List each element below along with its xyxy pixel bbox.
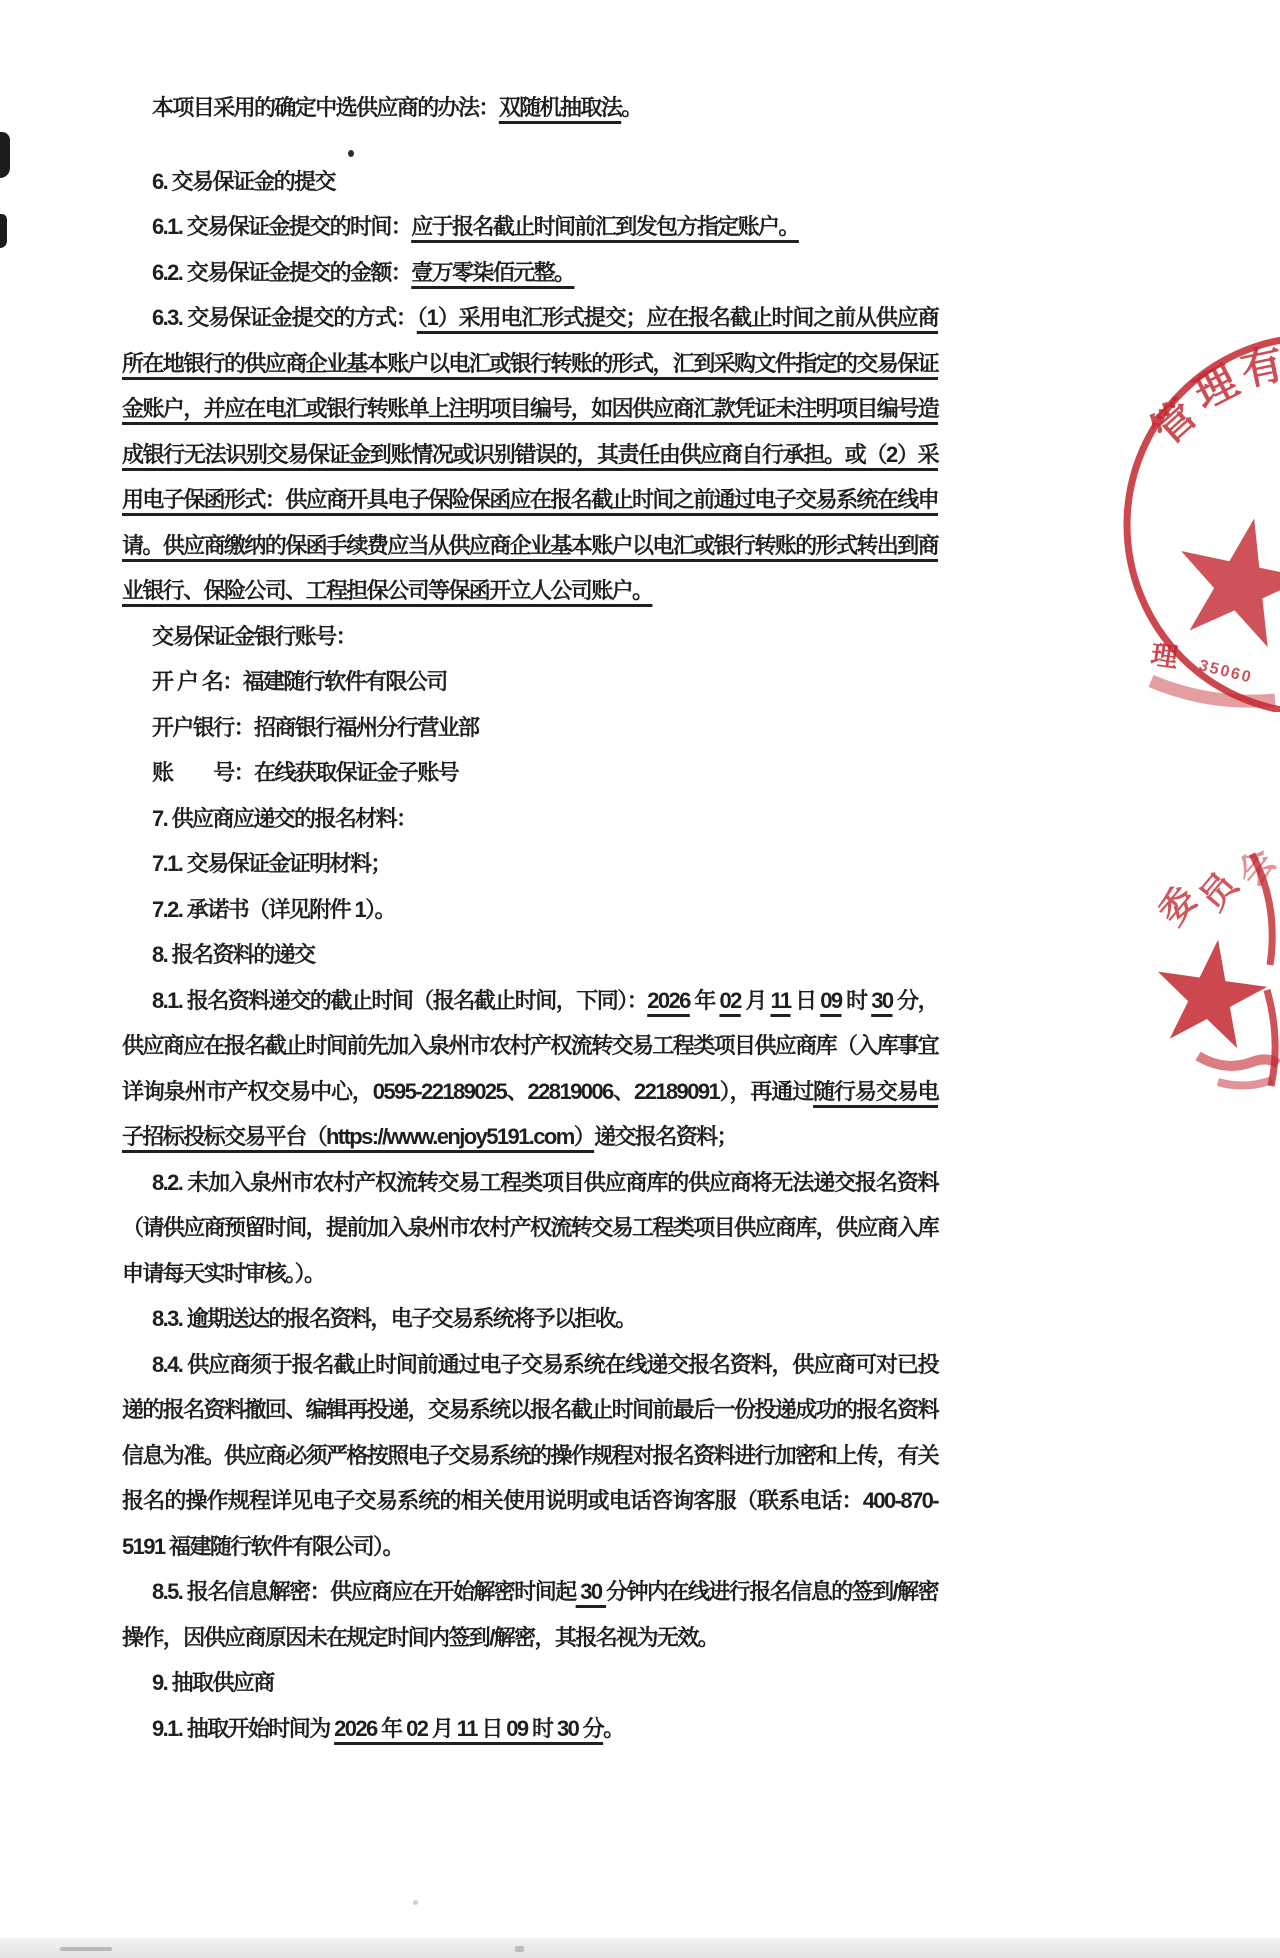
text-segment: 8.1. 报名资料递交的截止时间（报名截止时间，下同）： — [152, 988, 647, 1013]
text-segment: 7.1. 交易保证金证明材料； — [152, 851, 391, 876]
stamp-ink-smudge — [1151, 681, 1275, 701]
para-7-1: 7.1. 交易保证金证明材料； — [122, 841, 938, 887]
scan-artifact-left-edge — [0, 132, 10, 178]
scan-artifact-dot — [413, 1900, 418, 1905]
text-segment: 交易保证金银行账号： — [152, 624, 356, 649]
stamp-fragment-char: 会 — [1229, 850, 1280, 895]
para-6-2: 6.2. 交易保证金提交的金额：壹万零柒佰元整。 — [122, 250, 938, 296]
stamp-star-icon — [1165, 505, 1280, 652]
underlined-text-segment: 双随机抽取法 — [499, 95, 621, 120]
stamp-arc-char: 管 — [1143, 391, 1206, 454]
underlined-text-segment: 应于报名截止时间前汇到发包方指定账户。 — [411, 214, 799, 239]
para-8-1: 8.1. 报名资料递交的截止时间（报名截止时间，下同）：2026 年 02 月 … — [122, 978, 938, 1160]
para-selection-method: 本项目采用的确定中选供应商的办法：双随机抽取法。 — [122, 85, 938, 131]
text-segment: 8.2. 未加入泉州市农村产权流转交易工程类项目供应商库的供应商将无法递交报名资… — [122, 1170, 938, 1286]
para-account-number: 账 号：在线获取保证金子账号 — [122, 750, 938, 796]
underlined-text-segment: 30 — [576, 1579, 606, 1604]
para-8-2: 8.2. 未加入泉州市农村产权流转交易工程类项目供应商库的供应商将无法递交报名资… — [122, 1160, 938, 1297]
underlined-text-segment: 09 — [820, 988, 841, 1013]
text-segment: 开户银行：招商银行福州分行营业部 — [152, 715, 478, 740]
stamp-arc-char: 理 — [1186, 357, 1245, 418]
text-segment: 8. 报名资料的递交 — [152, 942, 314, 967]
text-segment: 年 — [690, 988, 720, 1013]
heading-6: 6. 交易保证金的提交 — [122, 159, 938, 205]
text-segment: 。 — [603, 1716, 623, 1741]
text-segment: 月 — [741, 988, 771, 1013]
stamp-fragment-char: 理 — [1149, 640, 1180, 673]
text-segment: 递交报名资料； — [594, 1124, 737, 1149]
stamp-rim-arc — [1267, 990, 1275, 1086]
underlined-text-segment: （1）采用电汇形式提交；应在报名截止时间之前从供应商所在地银行的供应商企业基本账… — [122, 305, 938, 603]
stamp-fragment-char: 委 — [1150, 879, 1205, 933]
text-segment: 6. 交易保证金的提交 — [152, 169, 335, 194]
text-segment: 分， — [892, 988, 938, 1013]
text-segment: 9. 抽取供应商 — [152, 1670, 274, 1695]
text-segment: 开 户 名：福建随行软件有限公司 — [152, 669, 447, 694]
scan-artifact-left-edge — [0, 214, 7, 248]
text-segment: 7.2. 承诺书（详见附件 1）。 — [152, 897, 395, 922]
para-8-4: 8.4. 供应商须于报名截止时间前通过电子交易系统在线递交报名资料，供应商可对已… — [122, 1342, 938, 1570]
text-segment: 日 — [791, 988, 821, 1013]
underlined-text-segment: 02 — [719, 988, 740, 1013]
para-deposit-account-title: 交易保证金银行账号： — [122, 614, 938, 660]
para-9-1: 9.1. 抽取开始时间为 2026 年 02 月 11 日 09 时 30 分。 — [122, 1706, 938, 1752]
stamp-code-text: 35060 — [1197, 657, 1254, 687]
stamp-ink-smudge — [1218, 1080, 1272, 1086]
text-segment: 6.1. 交易保证金提交的时间： — [152, 214, 411, 239]
text-segment: 9.1. 抽取开始时间为 — [152, 1716, 334, 1741]
stamp-ink-smudge — [1198, 1056, 1278, 1066]
stamp-rim-arc — [1252, 854, 1272, 965]
text-segment: 6.2. 交易保证金提交的金额： — [152, 260, 411, 285]
text-segment: 账 号：在线获取保证金子账号 — [152, 760, 458, 785]
underlined-text-segment: 壹万零柒佰元整。 — [411, 260, 574, 285]
heading-9: 9. 抽取供应商 — [122, 1660, 938, 1706]
stamp-fragment-char: 员 — [1191, 862, 1247, 918]
stamp-star-icon — [1149, 932, 1273, 1051]
para-account-name: 开 户 名：福建随行软件有限公司 — [122, 659, 938, 705]
text-segment: 7. 供应商应递交的报名材料： — [152, 806, 416, 831]
para-6-1: 6.1. 交易保证金提交的时间：应于报名截止时间前汇到发包方指定账户。 — [122, 204, 938, 250]
heading-7: 7. 供应商应递交的报名材料： — [122, 796, 938, 842]
underlined-text-segment: 11 — [770, 988, 790, 1013]
heading-8: 8. 报名资料的递交 — [122, 932, 938, 978]
text-segment: 6.3. 交易保证金提交的方式： — [152, 305, 417, 330]
para-6-3: 6.3. 交易保证金提交的方式：（1）采用电汇形式提交；应在报名截止时间之前从供… — [122, 295, 938, 614]
para-7-2: 7.2. 承诺书（详见附件 1）。 — [122, 887, 938, 933]
text-segment: 8.4. 供应商须于报名截止时间前通过电子交易系统在线递交报名资料，供应商可对已… — [122, 1352, 938, 1559]
scan-artifact-mark — [515, 1946, 524, 1952]
text-segment: 时 — [841, 988, 871, 1013]
underlined-text-segment: 2026 — [647, 988, 690, 1013]
scan-artifact-mark — [60, 1947, 112, 1951]
underlined-text-segment: 2026 年 02 月 11 日 09 时 30 分 — [334, 1716, 603, 1741]
text-segment: 本项目采用的确定中选供应商的办法： — [152, 95, 499, 120]
text-segment: 8.3. 逾期送达的报名资料，电子交易系统将予以拒收。 — [152, 1306, 636, 1331]
official-round-stamp-lower-icon: 委 员 会 — [1140, 850, 1280, 1095]
official-round-stamp-upper-icon: 管 理 有 理 35060 — [1115, 332, 1280, 712]
text-segment: 8.5. 报名信息解密：供应商应在开始解密时间起 — [152, 1579, 576, 1604]
stamp-arc-char: 有 — [1237, 340, 1280, 395]
underlined-text-segment: 30 — [871, 988, 892, 1013]
document-text-body: 本项目采用的确定中选供应商的办法：双随机抽取法。6. 交易保证金的提交6.1. … — [122, 85, 938, 1751]
para-8-3: 8.3. 逾期送达的报名资料，电子交易系统将予以拒收。 — [122, 1296, 938, 1342]
scanned-document-page: 本项目采用的确定中选供应商的办法：双随机抽取法。6. 交易保证金的提交6.1. … — [0, 0, 1280, 1958]
scan-artifact-bottom-edge — [0, 1938, 1280, 1958]
text-segment: 。 — [621, 95, 641, 120]
para-8-5: 8.5. 报名信息解密：供应商应在开始解密时间起 30 分钟内在线进行报名信息的… — [122, 1569, 938, 1660]
scan-artifact-dot — [348, 150, 354, 157]
para-account-bank: 开户银行：招商银行福州分行营业部 — [122, 705, 938, 751]
